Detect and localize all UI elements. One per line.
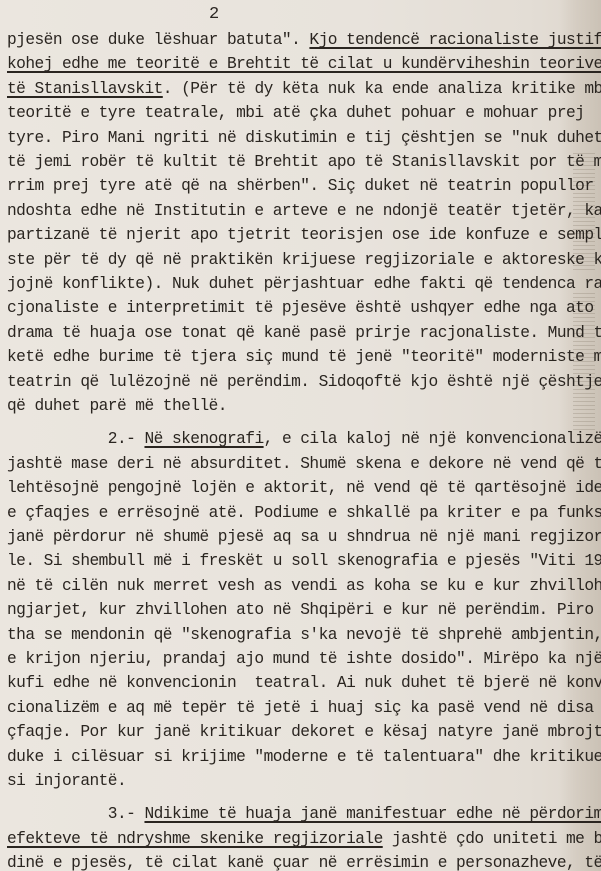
- text-line: rrim prej tyre atë që na shërben". Siç d…: [7, 176, 601, 196]
- text-line: lehtësojnë pengojnë lojën e aktorit, në …: [7, 478, 601, 498]
- text-line: jashtë mase deri në absurditet. Shumë sk…: [7, 454, 601, 474]
- text-line: dinë e pjesës, të cilat kanë çuar në err…: [7, 853, 601, 871]
- text-line: teatrin që lulëzojnë në perëndim. Sidoqo…: [7, 372, 601, 392]
- text-segment: ste për të dy që në praktikën krijuese r…: [7, 251, 601, 269]
- text-line: si injorantë.: [7, 771, 126, 791]
- text-segment: , e cila kaloj në një konvencionalizëm: [264, 430, 601, 448]
- text-segment: ndoshta edhe në Institutin e arteve e ne…: [7, 202, 601, 220]
- text-line: drama të huaja ose tonat që kanë pasë pr…: [7, 323, 601, 343]
- text-segment: e çfaqjes e errësojnë atë. Podiume e shk…: [7, 504, 601, 522]
- text-segment: tha se mendonin që "skenografia s'ka nev…: [7, 626, 601, 644]
- text-segment: . (Për të dy këta nuk ka ende analiza kr…: [163, 80, 601, 98]
- text-segment: jashtë çdo uniteti me bren-: [383, 830, 601, 848]
- text-line: kufi edhe në konvencionin teatral. Ai nu…: [7, 673, 601, 693]
- text-segment: kufi edhe në konvencionin teatral. Ai nu…: [7, 674, 601, 692]
- text-segment: cionalizëm e aq më tepër të jetë i huaj …: [7, 699, 594, 717]
- text-segment: që duhet parë më thellë.: [7, 397, 227, 415]
- text-segment: si injorantë.: [7, 772, 126, 790]
- text-segment: të jemi robër të kultit të Brehtit apo t…: [7, 153, 601, 171]
- text-segment: ngjarjet, kur zhvillohen ato në Shqipëri…: [7, 601, 601, 619]
- text-line: ste për të dy që në praktikën krijuese r…: [7, 250, 601, 270]
- text-line: teoritë e tyre teatrale, mbi atë çka duh…: [7, 103, 584, 123]
- underlined-text: të Stanisllavskit: [7, 80, 163, 98]
- text-segment: rrim prej tyre atë që na shërben". Siç d…: [7, 177, 601, 195]
- page-number: 2: [209, 5, 219, 24]
- text-segment: çfaqje. Por kur janë kritikuar dekoret e…: [7, 723, 601, 741]
- text-line: çfaqje. Por kur janë kritikuar dekoret e…: [7, 722, 601, 742]
- text-line: janë përdorur në shumë pjesë aq sa u shn…: [7, 527, 601, 547]
- text-segment: teatrin që lulëzojnë në perëndim. Sidoqo…: [7, 373, 601, 391]
- text-segment: lehtësojnë pengojnë lojën e aktorit, në …: [7, 479, 601, 497]
- text-segment: janë përdorur në shumë pjesë aq sa u shn…: [7, 528, 601, 546]
- text-segment: partizanë të njerit apo tjetrit teorisje…: [7, 226, 601, 244]
- text-line: partizanë të njerit apo tjetrit teorisje…: [7, 225, 601, 245]
- text-segment: dinë e pjesës, të cilat kanë çuar në err…: [7, 854, 601, 871]
- text-line: ketë edhe burime të tjera siç mund të je…: [7, 347, 601, 367]
- text-segment: 3.-: [7, 805, 144, 823]
- text-line: cionalizëm e aq më tepër të jetë i huaj …: [7, 698, 594, 718]
- text-segment: 2.-: [7, 430, 144, 448]
- text-line: efekteve të ndryshme skenike regjizorial…: [7, 829, 601, 849]
- typewritten-page: 2 pjesën ose duke lëshuar batuta". Kjo t…: [0, 0, 601, 871]
- text-line: duke i cilësuar si krijime "moderne e të…: [7, 747, 601, 767]
- text-line: në të cilën nuk merret vesh as vendi as …: [7, 576, 601, 596]
- underlined-text: Ndikime të huaja janë manifestuar edhe n…: [144, 805, 601, 823]
- underlined-text: Kjo tendencë racionaliste justifi-: [309, 31, 601, 49]
- underlined-text: Në skenografi: [144, 430, 263, 448]
- text-line: që duhet parë më thellë.: [7, 396, 227, 416]
- text-line: të Stanisllavskit. (Për të dy këta nuk k…: [7, 79, 601, 99]
- text-segment: e krijon njeriu, prandaj ajo mund të ish…: [7, 650, 601, 668]
- text-line: le. Si shembull më i freskët u soll sken…: [7, 551, 601, 571]
- underlined-text: efekteve të ndryshme skenike regjizorial…: [7, 830, 383, 848]
- text-line: e krijon njeriu, prandaj ajo mund të ish…: [7, 649, 601, 669]
- text-line: 2.- Në skenografi, e cila kaloj në një k…: [7, 429, 601, 449]
- text-segment: pjesën ose duke lëshuar batuta".: [7, 31, 309, 49]
- text-segment: ketë edhe burime të tjera siç mund të je…: [7, 348, 601, 366]
- text-segment: duke i cilësuar si krijime "moderne e të…: [7, 748, 601, 766]
- text-line: cjonaliste e interpretimit të pjesëve ës…: [7, 298, 594, 318]
- text-segment: teoritë e tyre teatrale, mbi atë çka duh…: [7, 104, 584, 122]
- text-segment: jojnë konflikte). Nuk duhet përjashtuar …: [7, 275, 601, 293]
- text-segment: drama të huaja ose tonat që kanë pasë pr…: [7, 324, 601, 342]
- underlined-text: kohej edhe me teoritë e Brehtit të cilat…: [7, 55, 601, 73]
- text-segment: jashtë mase deri në absurditet. Shumë sk…: [7, 455, 601, 473]
- text-segment: cjonaliste e interpretimit të pjesëve ës…: [7, 299, 594, 317]
- text-segment: në të cilën nuk merret vesh as vendi as …: [7, 577, 601, 595]
- text-segment: le. Si shembull më i freskët u soll sken…: [7, 552, 601, 570]
- text-line: tha se mendonin që "skenografia s'ka nev…: [7, 625, 601, 645]
- text-line: e çfaqjes e errësojnë atë. Podiume e shk…: [7, 503, 601, 523]
- text-line: pjesën ose duke lëshuar batuta". Kjo ten…: [7, 30, 601, 50]
- text-line: 3.- Ndikime të huaja janë manifestuar ed…: [7, 804, 601, 824]
- text-line: jojnë konflikte). Nuk duhet përjashtuar …: [7, 274, 601, 294]
- text-segment: tyre. Piro Mani ngriti në diskutimin e t…: [7, 129, 601, 147]
- text-line: kohej edhe me teoritë e Brehtit të cilat…: [7, 54, 601, 74]
- text-line: ngjarjet, kur zhvillohen ato në Shqipëri…: [7, 600, 601, 620]
- text-line: ndoshta edhe në Institutin e arteve e ne…: [7, 201, 601, 221]
- text-line: tyre. Piro Mani ngriti në diskutimin e t…: [7, 128, 601, 148]
- text-line: të jemi robër të kultit të Brehtit apo t…: [7, 152, 601, 172]
